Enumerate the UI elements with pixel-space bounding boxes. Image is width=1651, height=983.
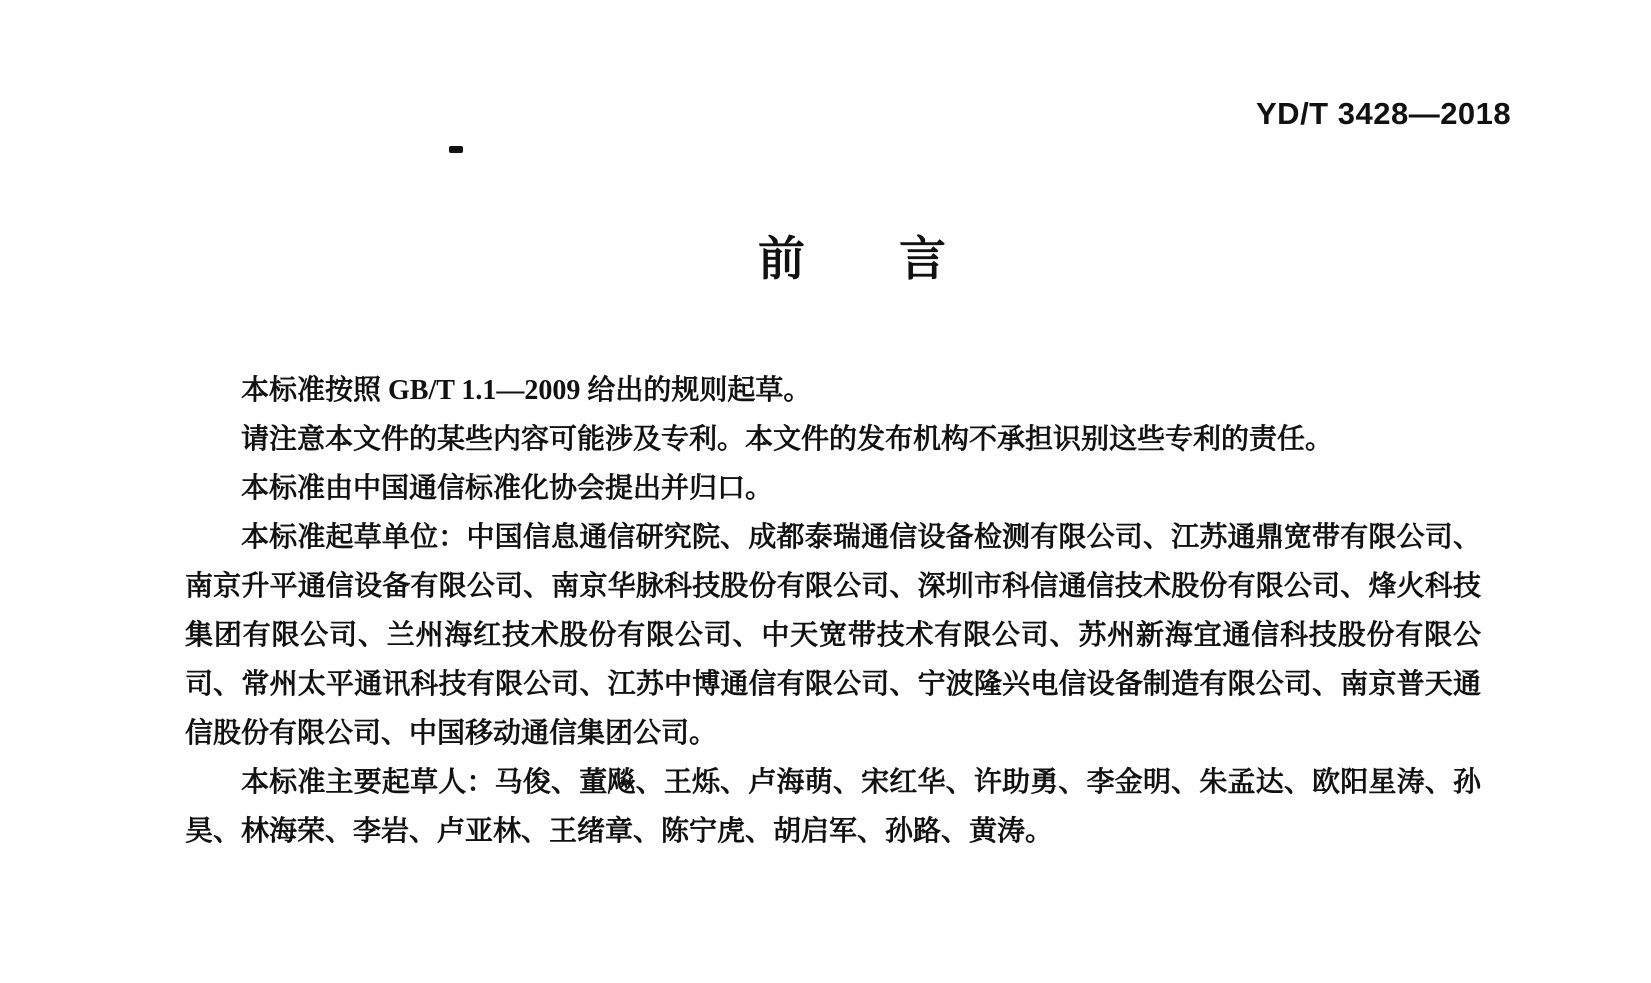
standard-document-page: YD/T 3428—2018 前言 本标准按照 GB/T 1.1—2009 给出… [0, 0, 1651, 983]
paragraph-main-drafters: 本标准主要起草人：马俊、董飚、王烁、卢海萌、宋红华、许助勇、李金明、朱孟达、欧阳… [185, 758, 1481, 856]
paragraph-patent-notice: 请注意本文件的某些内容可能涉及专利。本文件的发布机构不承担识别这些专利的责任。 [185, 415, 1481, 464]
stray-mark [449, 146, 463, 153]
document-body: 本标准按照 GB/T 1.1—2009 给出的规则起草。 请注意本文件的某些内容… [185, 366, 1481, 856]
paragraph-proposing-body: 本标准由中国通信标准化协会提出并归口。 [185, 464, 1481, 513]
section-title-foreword: 前言 [758, 222, 1040, 289]
paragraph-drafting-organizations: 本标准起草单位：中国信息通信研究院、成都泰瑞通信设备检测有限公司、江苏通鼎宽带有… [185, 513, 1481, 758]
paragraph-drafting-rules: 本标准按照 GB/T 1.1—2009 给出的规则起草。 [185, 366, 1481, 415]
document-code: YD/T 3428—2018 [1256, 96, 1511, 132]
